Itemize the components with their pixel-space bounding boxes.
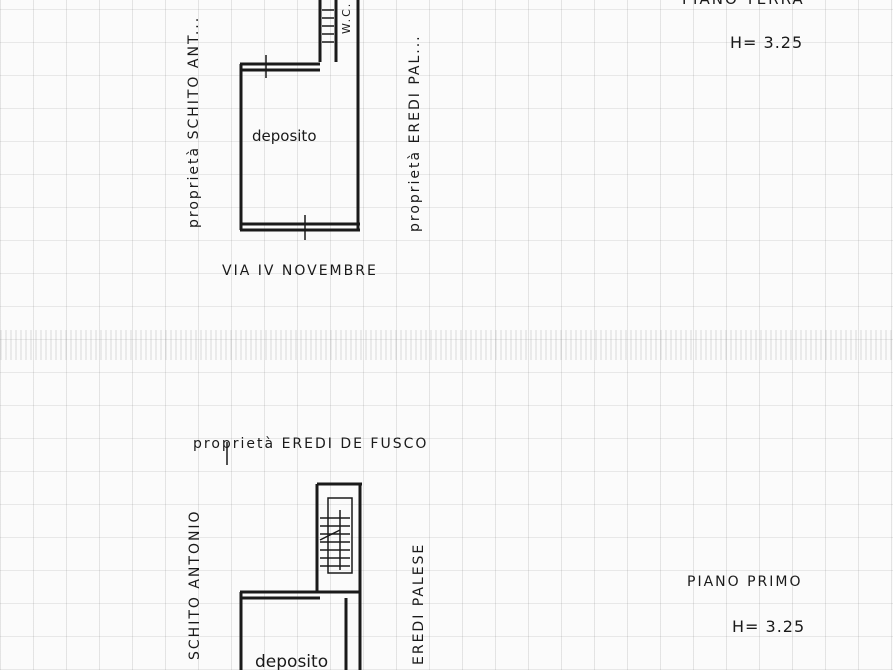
first-room-label: deposito bbox=[255, 652, 328, 670]
first-left-owner: SCHITO ANTONIO bbox=[187, 509, 203, 660]
first-floor-title: PIANO PRIMO bbox=[687, 574, 803, 590]
first-floor-height: H= 3.25 bbox=[732, 617, 805, 636]
first-top-owner: proprietà EREDI DE FUSCO bbox=[193, 436, 428, 452]
first-floor-walls bbox=[0, 0, 893, 670]
first-right-owner: EREDI PALESE bbox=[411, 543, 427, 665]
